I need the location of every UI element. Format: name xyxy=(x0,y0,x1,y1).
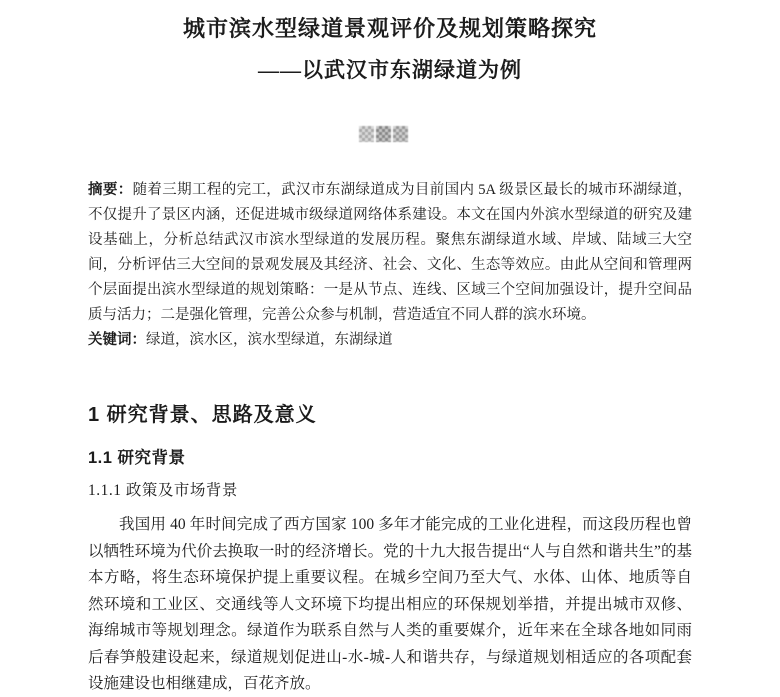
section-heading-1-1-1: 1.1.1 政策及市场背景 xyxy=(88,481,692,500)
body-paragraph: 我国用 40 年时间完成了西方国家 100 多年才能完成的工业化进程，而这段历程… xyxy=(88,512,692,697)
section-heading-1-1: 1.1 研究背景 xyxy=(88,448,692,468)
section-heading-1: 1 研究背景、思路及意义 xyxy=(88,403,692,427)
paper-page: 城市滨水型绿道景观评价及规划策略探究 ——以武汉市东湖绿道为例 摘要：随着三期工… xyxy=(0,0,780,697)
author-row xyxy=(88,124,692,144)
abstract-text: 随着三期工程的完工，武汉市东湖绿道成为目前国内 5A 级景区最长的城市环湖绿道，… xyxy=(88,182,692,323)
paper-title: 城市滨水型绿道景观评价及规划策略探究 xyxy=(88,14,692,44)
redacted-char xyxy=(376,126,391,142)
keywords-text: 绿道，滨水区，滨水型绿道，东湖绿道 xyxy=(146,332,393,348)
redacted-char xyxy=(359,126,374,142)
keywords-line: 关键词：绿道，滨水区，滨水型绿道，东湖绿道 xyxy=(88,328,692,353)
author-redacted xyxy=(359,126,408,142)
abstract-paragraph: 摘要：随着三期工程的完工，武汉市东湖绿道成为目前国内 5A 级景区最长的城市环湖… xyxy=(88,178,692,328)
redacted-char xyxy=(393,126,408,142)
keywords-label: 关键词： xyxy=(88,332,146,348)
paper-subtitle: ——以武汉市东湖绿道为例 xyxy=(88,55,692,85)
abstract-label: 摘要： xyxy=(88,182,133,198)
